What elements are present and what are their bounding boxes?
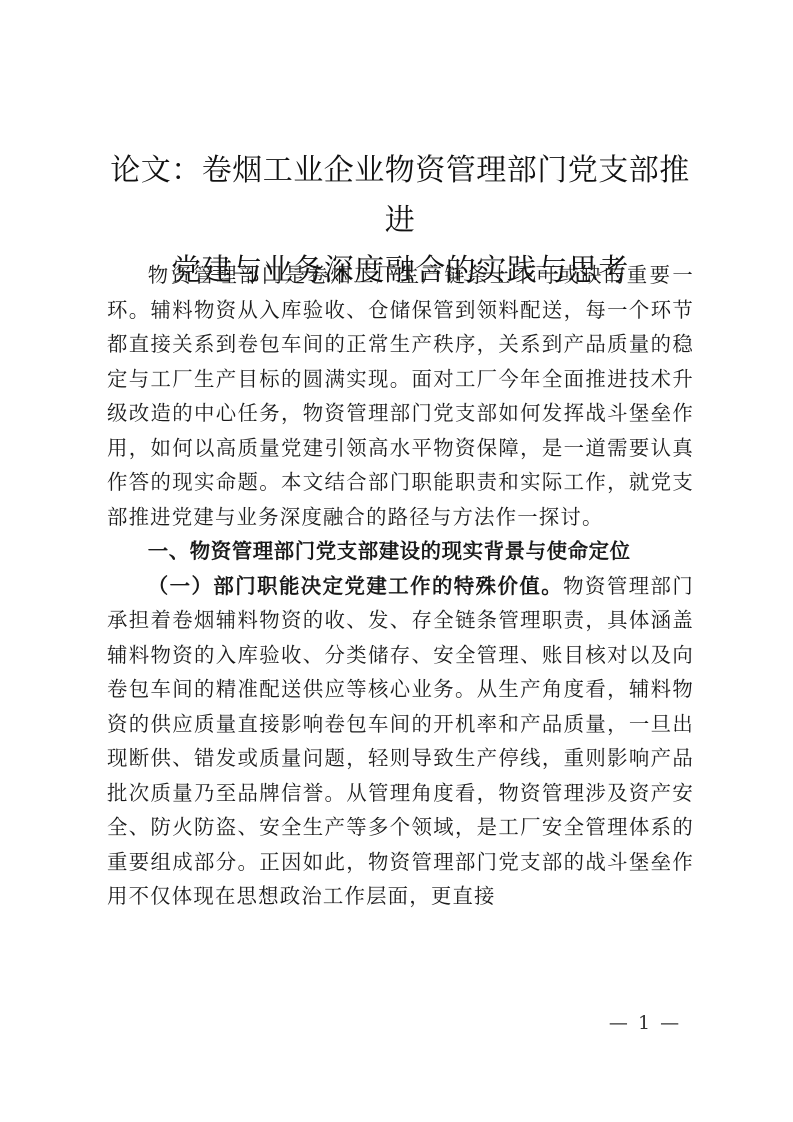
document-page: 论文：卷烟工业企业物资管理部门党支部推进 党建与业务深度融合的实践与思考 物资管… xyxy=(0,0,793,1122)
document-body: 物资管理部门是卷烟工厂生产链条上不可或缺的重要一环。辅料物资从入库验收、仓储保管… xyxy=(107,258,694,914)
subsection-heading-1: （一）部门职能决定党建工作的特殊价值。 xyxy=(148,574,563,598)
title-line-1: 论文：卷烟工业企业物资管理部门党支部推进 xyxy=(100,146,700,246)
subsection-body-1: 物资管理部门承担着卷烟辅料物资的收、发、存全链条管理职责，具体涵盖辅料物资的入库… xyxy=(107,574,694,909)
intro-paragraph: 物资管理部门是卷烟工厂生产链条上不可或缺的重要一环。辅料物资从入库验收、仓储保管… xyxy=(107,258,694,534)
page-number: — 1 — xyxy=(600,1012,690,1034)
section-1-paragraph-1: （一）部门职能决定党建工作的特殊价值。物资管理部门承担着卷烟辅料物资的收、发、存… xyxy=(107,569,694,914)
section-heading-1: 一、物资管理部门党支部建设的现实背景与使命定位 xyxy=(107,534,694,569)
